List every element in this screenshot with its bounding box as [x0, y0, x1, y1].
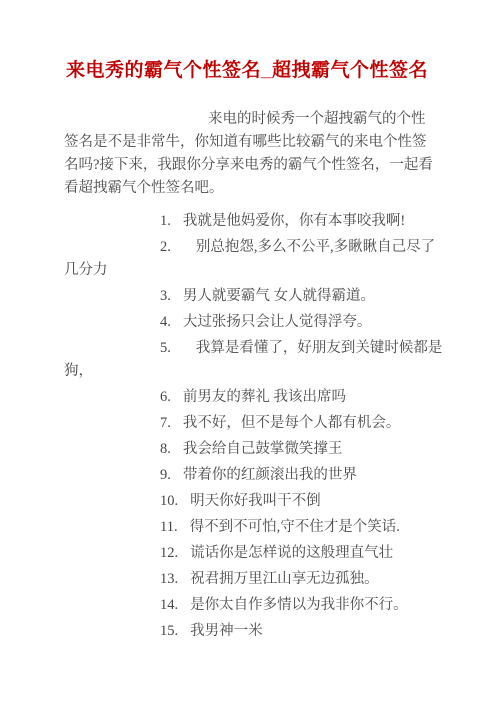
list-item-text: 得不到不可怕,守不住才是个笑话. [190, 519, 400, 535]
intro-line: 签名是不是非常牛，你知道有哪些比较霸气的来电个性签 [64, 131, 430, 154]
list-item: 5.我算是看懂了，好朋友到关键时候都是 [64, 337, 430, 360]
list-item-number: 6. [160, 389, 171, 405]
list-item-text: 祝君拥万里江山享无边孤独。 [190, 571, 379, 587]
list-item: 1.我就是他妈爱你，你有本事咬我啊! [64, 210, 430, 233]
list-item-number: 7. [160, 415, 171, 431]
list-item-text: 谎话你是怎样说的这般理直气壮 [190, 545, 393, 561]
list-item-number: 3. [160, 288, 171, 304]
list-item: 4.大过张扬只会让人觉得浮夸。 [64, 311, 430, 334]
list-item-text: 我男神一米 [190, 623, 263, 639]
intro-line: 名吗?接下来，我跟你分享来电秀的霸气个性签名，一起看 [64, 154, 430, 177]
list-item: 2.别总抱怨,多么不公平,多瞅瞅自己尽了 [64, 236, 430, 259]
list-item-text: 我算是看懂了，好朋友到关键时候都是 [196, 340, 443, 356]
intro-line: 来电的时候秀一个超拽霸气的个性 [64, 108, 430, 131]
list-item: 13.祝君拥万里江山享无边孤独。 [64, 568, 430, 591]
list-item-number: 14. [160, 597, 178, 613]
list-item-number: 5. [160, 340, 171, 356]
list-item-text: 我就是他妈爱你，你有本事咬我啊! [183, 213, 405, 229]
list-item: 14.是你太自作多情以为我非你不行。 [64, 594, 430, 617]
list-item-number: 2. [160, 239, 171, 255]
list-item: 9.带着你的红颜滚出我的世界 [64, 464, 430, 487]
page-title: 来电秀的霸气个性签名_超拽霸气个性签名 [64, 56, 430, 86]
list-item-number: 1. [160, 213, 171, 229]
list-item-text: 大过张扬只会让人觉得浮夸。 [183, 314, 372, 330]
list-item: 7.我不好，但不是每个人都有机会。 [64, 412, 430, 435]
list-item-text: 我不好，但不是每个人都有机会。 [183, 415, 401, 431]
list-item: 12.谎话你是怎样说的这般理直气壮 [64, 542, 430, 565]
list-item: 10.明天你好我叫干不倒 [64, 490, 430, 513]
intro-paragraph: 来电的时候秀一个超拽霸气的个性 签名是不是非常牛，你知道有哪些比较霸气的来电个性… [64, 108, 430, 200]
list-item-number: 12. [160, 545, 178, 561]
list-item-text: 前男友的葬礼 我该出席吗 [183, 389, 346, 405]
list-item-number: 8. [160, 441, 171, 457]
list-item-wrap-text: 几分力 [64, 259, 430, 282]
list-item: 8.我会给自己鼓掌微笑撑王 [64, 438, 430, 461]
list-item-number: 11. [160, 519, 178, 535]
list-item-number: 10. [160, 493, 178, 509]
list-item-wrap-text: 狗， [64, 360, 430, 383]
list-item: 11.得不到不可怕,守不住才是个笑话. [64, 516, 430, 539]
intro-line: 看超拽霸气个性签名吧。 [64, 177, 430, 200]
list-item-text: 别总抱怨,多么不公平,多瞅瞅自己尽了 [196, 239, 435, 255]
list-item: 15.我男神一米 [64, 620, 430, 643]
list-item-number: 13. [160, 571, 178, 587]
list-item-text: 明天你好我叫干不倒 [190, 493, 321, 509]
list-item-text: 男人就要霸气 女人就得霸道。 [183, 288, 375, 304]
list-item-number: 15. [160, 623, 178, 639]
list-item-text: 是你太自作多情以为我非你不行。 [190, 597, 408, 613]
list-item: 3.男人就要霸气 女人就得霸道。 [64, 285, 430, 308]
list-item-text: 我会给自己鼓掌微笑撑王 [183, 441, 343, 457]
list-item: 6.前男友的葬礼 我该出席吗 [64, 386, 430, 409]
list-item-number: 9. [160, 467, 171, 483]
list-item-number: 4. [160, 314, 171, 330]
list-item-text: 带着你的红颜滚出我的世界 [183, 467, 357, 483]
signature-list: 1.我就是他妈爱你，你有本事咬我啊! 2.别总抱怨,多么不公平,多瞅瞅自己尽了 … [64, 210, 430, 643]
article-page: 来电秀的霸气个性签名_超拽霸气个性签名 来电的时候秀一个超拽霸气的个性 签名是不… [0, 0, 500, 708]
